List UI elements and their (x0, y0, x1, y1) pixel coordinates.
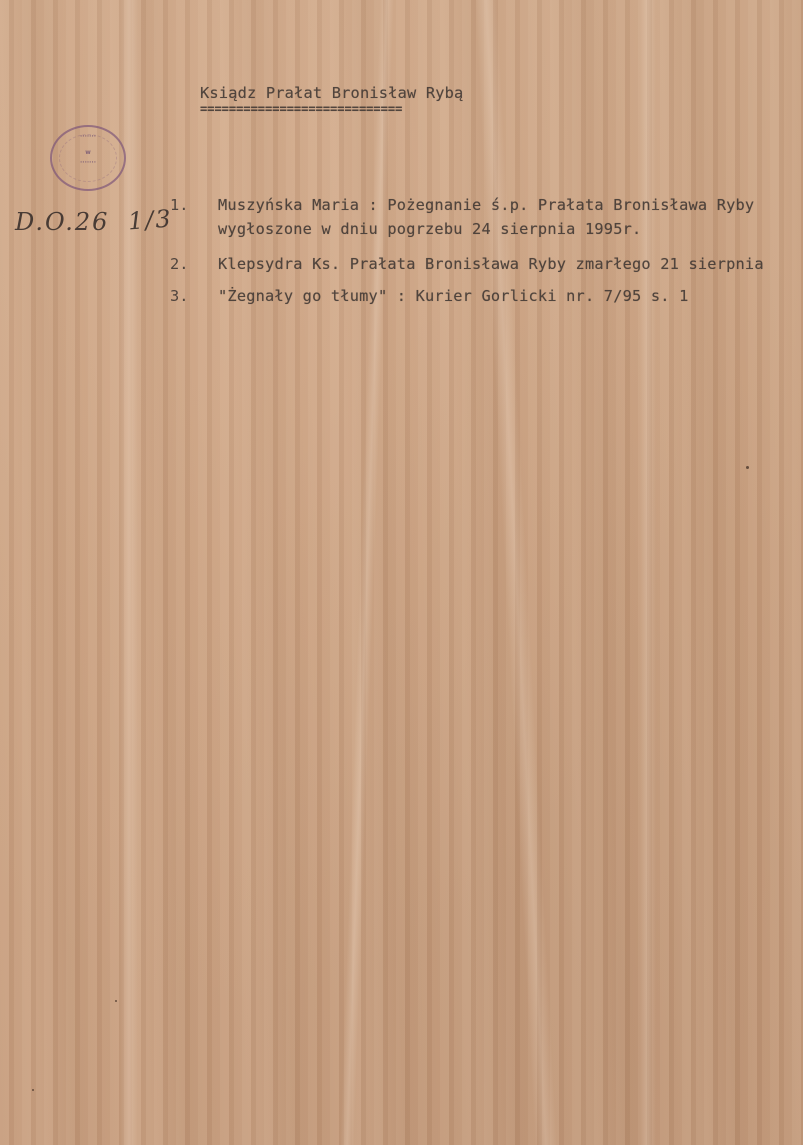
paper-speck (32, 1089, 34, 1091)
item-text-line: Muszyńska Maria : Pożegnanie ś.p. Prałat… (218, 196, 754, 214)
item-number: 3. (170, 287, 188, 305)
archive-stamp: ······· w ······· (50, 125, 126, 191)
handwritten-catalog-number: D.O.26 (15, 208, 109, 236)
stamp-top-text: ······· (52, 133, 124, 140)
item-text-line: Klepsydra Ks. Prałata Bronisława Ryby zm… (218, 255, 764, 273)
stamp-middle-text: w (52, 149, 124, 156)
paper-crease (120, 0, 138, 1145)
paper-crease (475, 0, 557, 1145)
paper-speck (746, 466, 749, 469)
title-underline: ============================ (200, 102, 402, 116)
paper-speck (115, 1000, 117, 1002)
handwritten-fraction: 1/3 (127, 204, 173, 235)
paper-crease (640, 0, 656, 1145)
item-text-line: wygłoszone w dniu pogrzebu 24 sierpnia 1… (218, 220, 641, 238)
item-number: 2. (170, 255, 188, 273)
paper-crease (340, 0, 394, 1145)
item-text-line: "Żegnały go tłumy" : Kurier Gorlicki nr.… (218, 287, 688, 305)
stamp-bottom-text: ······· (52, 159, 124, 166)
item-number: 1. (170, 196, 188, 214)
document-title: Ksiądz Prałat Bronisław Rybą (200, 84, 463, 102)
stamp-inner-ring (59, 134, 117, 182)
